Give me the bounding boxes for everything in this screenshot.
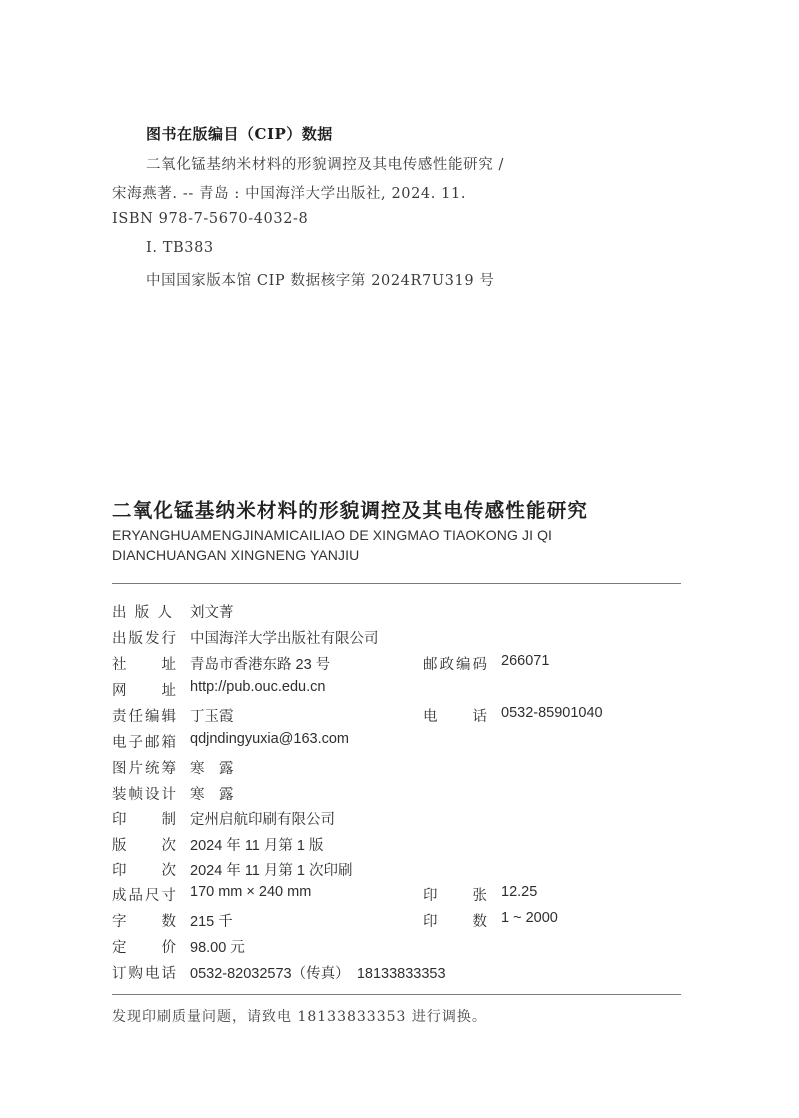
info-value: 2024 年 11 月第 1 次印刷 [190,859,353,880]
info-value-website-link[interactable]: http://pub.ouc.edu.cn [190,679,325,695]
info-value: 中国海洋大学出版社有限公司 [190,627,379,648]
info-value-postcode: 266071 [501,653,549,669]
info-label: 图片统筹 [112,757,176,778]
book-title-pinyin-line-1: ERYANGHUAMENGJINAMICAILIAO DE XINGMAO TI… [112,527,552,543]
info-value-email-link[interactable]: qdjndingyuxia@163.com [190,731,349,747]
info-value: 青岛市香港东路 23 号 [190,653,330,674]
info-value-phone: 0532-85901040 [501,705,603,721]
info-label: 电子邮箱 [112,731,176,752]
info-label: 责任编辑 [112,705,176,726]
cip-author-publisher-line: 宋海燕著. -- 青岛 : 中国海洋大学出版社, 2024. 11. [112,182,466,203]
cip-isbn-line: ISBN 978-7-5670-4032-8 [112,211,308,227]
info-value: 98.00 元 [190,936,245,957]
info-label: 印次 [112,859,176,880]
cip-classification-line: Ⅰ. TB383 [146,240,214,256]
info-label-postcode: 邮政编码 [423,653,487,674]
info-label: 出版发行 [112,627,176,648]
info-label: 装帧设计 [112,783,176,804]
book-title-pinyin-line-2: DIANCHUANGAN XINGNENG YANJIU [112,547,359,563]
cip-heading: 图书在版编目（CIP）数据 [146,123,333,144]
info-value: 刘文菁 [190,601,234,622]
info-value-print-run: 1 ~ 2000 [501,910,558,926]
info-value: 定州启航印刷有限公司 [190,808,335,829]
info-value: 丁玉霞 [190,705,234,726]
info-label: 字数 [112,910,176,931]
info-label: 成品尺寸 [112,884,176,905]
info-label: 版次 [112,834,176,855]
print-quality-note: 发现印刷质量问题，请致电 18133833353 进行调换。 [112,1006,487,1026]
info-label-sheets: 印张 [423,884,487,905]
info-label: 订购电话 [112,962,176,983]
info-label-print-run: 印数 [423,910,487,931]
info-value: 215 千 [190,910,233,931]
info-label-phone: 电话 [423,705,487,726]
info-value: 170 mm × 240 mm [190,884,311,900]
top-divider-rule [112,583,681,584]
info-value: 2024 年 11 月第 1 版 [190,834,324,855]
info-value: 寒 露 [190,757,234,778]
info-label: 出版人 [112,601,172,622]
info-value: 寒 露 [190,783,234,804]
cip-title-line: 二氧化锰基纳米材料的形貌调控及其电传感性能研究 / [146,153,504,174]
info-value-sheets: 12.25 [501,884,537,900]
bottom-divider-rule [112,994,681,995]
info-value: 0532-82032573（传真） 18133833353 [190,962,446,983]
book-title: 二氧化锰基纳米材料的形貌调控及其电传感性能研究 [112,495,588,523]
cip-record-number-line: 中国国家版本馆 CIP 数据核字第 2024R7U319 号 [146,269,494,290]
info-label: 印制 [112,808,176,829]
info-label: 网址 [112,679,176,700]
info-label: 社址 [112,653,176,674]
info-label: 定价 [112,936,176,957]
